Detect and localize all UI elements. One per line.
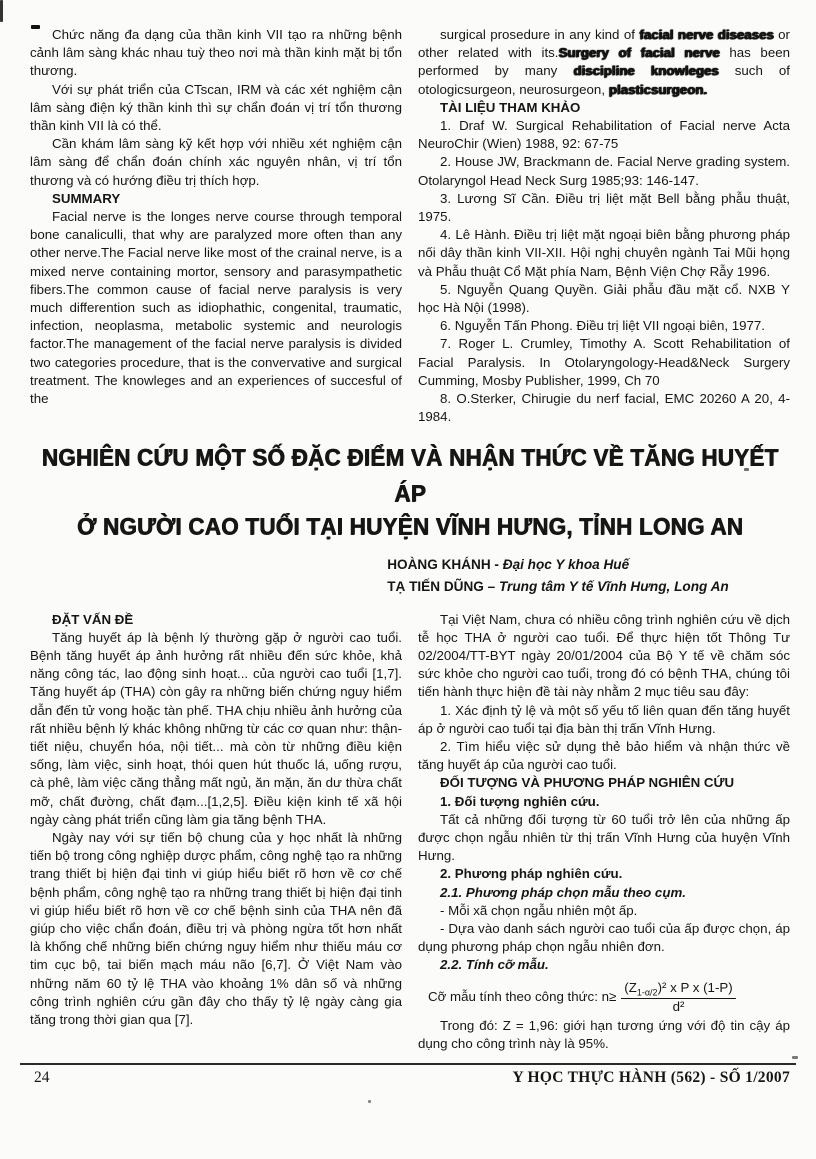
reference-item: 8. O.Sterker, Chirugie du nerf facial, E… xyxy=(418,390,790,426)
smudged-text-run: plasticsurgeon. xyxy=(609,82,707,97)
author-separator: - xyxy=(491,557,503,572)
paragraph: Với sự phát triển của CTscan, IRM và các… xyxy=(30,81,402,136)
objective-item: 2. Tìm hiểu việc sử dụng thẻ bảo hiểm và… xyxy=(418,738,790,774)
article-title: NGHIÊN CỨU MỘT SỐ ĐẶC ĐIỂM VÀ NHẬN THỨC … xyxy=(30,442,790,543)
author-name: HOÀNG KHÁNH xyxy=(387,557,490,572)
article-body: ĐẶT VẤN ĐỀ Tăng huyết áp là bệnh lý thườ… xyxy=(30,611,790,1054)
scan-artifact xyxy=(368,1100,371,1103)
page: Chức năng đa dạng của thần kinh VII tạo … xyxy=(0,0,816,1159)
intro-heading: ĐẶT VẤN ĐỀ xyxy=(30,611,402,629)
reference-item: 5. Nguyễn Quang Quyền. Giải phẫu đầu mặt… xyxy=(418,281,790,317)
scan-artifact xyxy=(744,468,749,471)
reference-item: 2. House JW, Brackmann de. Facial Nerve … xyxy=(418,153,790,189)
formula-numerator: (Z1-α/2)² x P x (1-P) xyxy=(621,980,735,999)
paragraph: Trong đó: Z = 1,96: giới hạn tương ứng v… xyxy=(418,1017,790,1053)
scanned-journal-page: { "top": { "left": { "paragraphs": [ "Ch… xyxy=(0,0,816,1159)
paragraph: Cần khám lâm sàng kỹ kết hợp với nhiều x… xyxy=(30,135,402,190)
paragraph: Chức năng đa dạng của thần kinh VII tạo … xyxy=(30,26,402,81)
paragraph: Tăng huyết áp là bệnh lý thường gặp ở ng… xyxy=(30,629,402,829)
text-run: surgical prosedure in any kind of xyxy=(440,27,639,42)
article-title-line-1: NGHIÊN CỨU MỘT SỐ ĐẶC ĐIỂM VÀ NHẬN THỨC … xyxy=(30,440,790,512)
author-affiliation: Đại học Y khoa Huế xyxy=(503,557,629,572)
author-name: TẠ TIẾN DŨNG xyxy=(387,579,484,594)
methods-heading: 2. Phương pháp nghiên cứu. xyxy=(418,865,790,883)
paragraph: Tại Việt Nam, chưa có nhiều công trình n… xyxy=(418,611,790,702)
subjects-heading: 1. Đối tượng nghiên cứu. xyxy=(418,793,790,811)
scan-artifact xyxy=(31,25,40,29)
author-affiliation: Trung tâm Y tế Vĩnh Hưng, Long An xyxy=(499,579,729,594)
formula-z: (Z xyxy=(624,980,637,995)
references-heading: TÀI LIỆU THAM KHẢO xyxy=(418,99,790,117)
author-line: TẠ TIẾN DŨNG – Trung tâm Y tế Vĩnh Hưng,… xyxy=(387,576,790,598)
page-footer: 24 Y HỌC THỰC HÀNH (562) - SỐ 1/2007 xyxy=(20,1063,796,1087)
author-line: HOÀNG KHÁNH - Đại học Y khoa Huế xyxy=(387,554,790,576)
paragraph: Tất cả những đối tượng từ 60 tuổi trở lê… xyxy=(418,811,790,866)
reference-item: 4. Lê Hành. Điều trị liệt mặt ngoại biên… xyxy=(418,226,790,281)
smudged-text-run: facial nerve diseases xyxy=(639,27,773,42)
page-number: 24 xyxy=(34,1069,50,1087)
author-separator: – xyxy=(484,579,499,594)
body-left-column: ĐẶT VẤN ĐỀ Tăng huyết áp là bệnh lý thườ… xyxy=(30,611,402,1054)
formula-intro: Cỡ mẫu tính theo công thức: n≥ xyxy=(428,988,616,1006)
top-right-column: surgical prosedure in any kind of facial… xyxy=(418,26,790,426)
paragraph: Ngày nay với sự tiến bộ chung của y học … xyxy=(30,829,402,1029)
top-left-column: Chức năng đa dạng của thần kinh VII tạo … xyxy=(30,26,402,426)
scan-artifact xyxy=(792,1056,798,1059)
top-section: Chức năng đa dạng của thần kinh VII tạo … xyxy=(30,26,790,426)
objective-item: 1. Xác định tỷ lệ và một số yếu tố liên … xyxy=(418,702,790,738)
formula-denominator: d² xyxy=(673,999,685,1014)
sample-size-formula: Cỡ mẫu tính theo công thức: n≥ (Z1-α/2)²… xyxy=(418,980,790,1014)
cluster-sampling-heading: 2.1. Phương pháp chọn mẫu theo cụm. xyxy=(418,884,790,902)
methods-section-heading: ĐỐI TƯỢNG VÀ PHƯƠNG PHÁP NGHIÊN CỨU xyxy=(418,774,790,792)
sample-size-heading: 2.2. Tính cỡ mẫu. xyxy=(418,956,790,974)
smudged-text-run: Surgery of facial nerve xyxy=(559,45,720,60)
formula-fraction: (Z1-α/2)² x P x (1-P) d² xyxy=(621,980,735,1014)
list-item: - Dựa vào danh sách người cao tuổi của ấ… xyxy=(418,920,790,956)
scan-artifact xyxy=(0,0,3,22)
reference-item: 6. Nguyễn Tấn Phong. Điều trị liệt VII n… xyxy=(418,317,790,335)
authors-block: HOÀNG KHÁNH - Đại học Y khoa Huế TẠ TIẾN… xyxy=(387,554,790,599)
reference-item: 3. Lương Sĩ Cần. Điều trị liệt mặt Bell … xyxy=(418,190,790,226)
formula-numerator-tail: )² x P x (1-P) xyxy=(658,980,733,995)
reference-item: 7. Roger L. Crumley, Timothy A. Scott Re… xyxy=(418,335,790,390)
formula-z-subscript: 1-α/2 xyxy=(637,987,658,997)
article-title-line-2: Ở NGƯỜI CAO TUỔI TẠI HUYỆN VĨNH HƯNG, TỈ… xyxy=(30,509,790,545)
smudged-text-run: discipline knowleges xyxy=(573,63,718,78)
summary-heading: SUMMARY xyxy=(30,190,402,208)
summary-paragraph: Facial nerve is the longes nerve course … xyxy=(30,208,402,408)
reference-item: 1. Draf W. Surgical Rehabilitation of Fa… xyxy=(418,117,790,153)
body-right-column: Tại Việt Nam, chưa có nhiều công trình n… xyxy=(418,611,790,1054)
list-item: - Mỗi xã chọn ngẫu nhiên một ấp. xyxy=(418,902,790,920)
paragraph: surgical prosedure in any kind of facial… xyxy=(418,26,790,99)
journal-reference: Y HỌC THỰC HÀNH (562) - SỐ 1/2007 xyxy=(512,1069,790,1087)
